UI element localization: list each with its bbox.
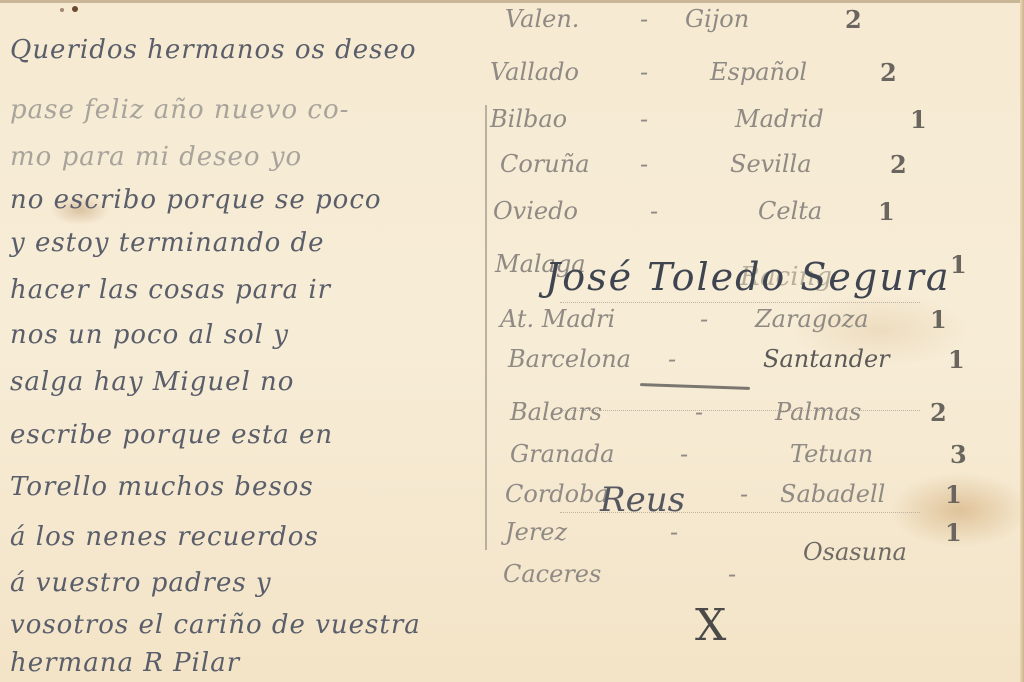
count: 2	[845, 5, 862, 34]
home-team: Cordoba	[505, 480, 609, 508]
away-team: Palmas	[775, 398, 861, 426]
count: 1	[948, 345, 965, 374]
dash: -	[650, 197, 658, 225]
postcard-back: Queridos hermanos os deseo pase feliz añ…	[0, 0, 1024, 682]
dash: -	[640, 58, 648, 86]
dash: -	[728, 560, 736, 588]
home-team: Barcelona	[508, 345, 631, 373]
paper-edge-top	[0, 0, 1024, 3]
away-team: Osasuna	[803, 538, 907, 566]
home-team: Granada	[510, 440, 614, 468]
dash: -	[700, 305, 708, 333]
letter-line: hermana R Pilar	[10, 648, 240, 678]
dash: -	[668, 345, 676, 373]
address-dotted-line	[560, 302, 920, 303]
count: 2	[880, 58, 897, 87]
x-mark: X	[695, 600, 726, 651]
letter-line: y estoy terminando de	[10, 228, 325, 258]
dash: -	[670, 518, 678, 546]
count: 1	[930, 305, 947, 334]
away-team: Tetuan	[790, 440, 873, 468]
dash: -	[680, 440, 688, 468]
home-team: Jerez	[505, 518, 567, 546]
count: 2	[890, 150, 907, 179]
home-team: Balears	[510, 398, 602, 426]
home-team: Bilbao	[490, 105, 567, 133]
address-divider-line	[485, 105, 487, 550]
overwritten-word: Reus	[600, 480, 685, 520]
letter-line: pase feliz año nuevo co-	[10, 95, 349, 125]
dash: -	[740, 480, 748, 508]
count: 2	[930, 398, 947, 427]
count: 1	[910, 105, 927, 134]
count: 1	[945, 518, 962, 547]
away-team: Zaragoza	[755, 305, 869, 333]
letter-line: escribe porque esta en	[10, 420, 333, 450]
recipient-name: José Toledo Segura	[545, 255, 951, 299]
count: 1	[945, 480, 962, 509]
home-team: Coruña	[500, 150, 590, 178]
count: 1	[950, 250, 967, 279]
letter-line: á vuestro padres y	[10, 568, 272, 598]
letter-line: Queridos hermanos os deseo	[10, 35, 417, 65]
home-team: At. Madri	[500, 305, 615, 333]
letter-line: vosotros el cariño de vuestra	[10, 610, 421, 640]
dash: -	[695, 398, 703, 426]
away-team: Celta	[758, 197, 822, 225]
home-team: Valen.	[505, 5, 579, 33]
away-team: Santander	[763, 345, 890, 373]
letter-line: hacer las cosas para ir	[10, 275, 331, 305]
letter-line: mo para mi deseo yo	[10, 142, 302, 172]
paper-edge-right	[1020, 0, 1024, 682]
away-team: Gijon	[685, 5, 749, 33]
count: 3	[950, 440, 967, 469]
dash: -	[640, 150, 648, 178]
away-team: Sabadell	[780, 480, 885, 508]
dash: -	[640, 105, 648, 133]
home-team: Caceres	[503, 560, 601, 588]
ink-spot	[60, 8, 64, 12]
pencil-underline	[640, 383, 750, 390]
letter-line: Torello muchos besos	[10, 472, 314, 502]
letter-line: á los nenes recuerdos	[10, 522, 319, 552]
letter-line: nos un poco al sol y	[10, 320, 289, 350]
count: 1	[878, 197, 895, 226]
away-team: Madrid	[735, 105, 824, 133]
away-team: Sevilla	[730, 150, 812, 178]
address-dotted-line	[560, 410, 920, 411]
home-team: Vallado	[490, 58, 579, 86]
home-team: Oviedo	[493, 197, 578, 225]
ink-spot	[72, 6, 78, 12]
letter-line: salga hay Miguel no	[10, 367, 294, 397]
dash: -	[640, 5, 648, 33]
away-team: Español	[710, 58, 807, 86]
letter-line: no escribo porque se poco	[10, 185, 382, 215]
